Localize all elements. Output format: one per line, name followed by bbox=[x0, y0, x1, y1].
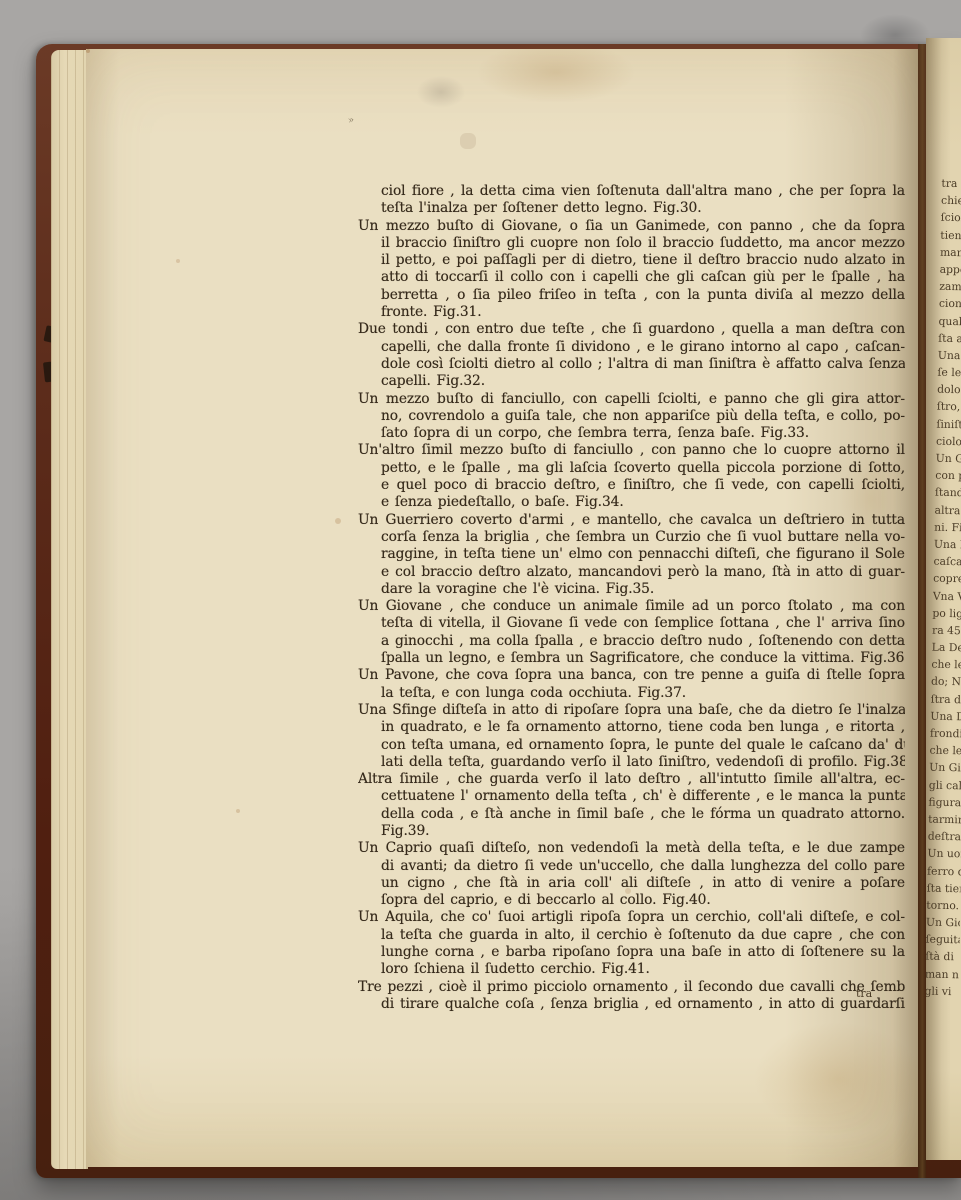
paragraph: Due tondi , con entro due teſte , che ſi… bbox=[358, 321, 905, 390]
text-line: con teſta umana, ed ornamento ſopra, le … bbox=[358, 737, 905, 754]
fragment-line: ſtro, e bbox=[937, 398, 961, 416]
fragment-line: ſeguita a bbox=[926, 931, 960, 949]
text-line: loro ſchiena il ſudetto cerchio. Fig.41. bbox=[358, 961, 905, 978]
fragment-line: ſciolt bbox=[941, 209, 961, 227]
fragment-line: man n bbox=[926, 965, 959, 983]
right-page-text: tra dchieſciolttienemanoappozampciondqua… bbox=[926, 175, 961, 1001]
page-block-edges bbox=[51, 50, 88, 1169]
text-line: capelli, che dalla fronte ſi dividono , … bbox=[358, 339, 905, 356]
fragment-line: tarminat bbox=[928, 811, 961, 829]
fragment-line: appo bbox=[939, 261, 961, 279]
text-line: raggine, in teſta tiene un' elmo con pen… bbox=[358, 546, 905, 563]
text-line: la teſta, e con lunga coda occhiuta. Fig… bbox=[358, 685, 905, 702]
stain bbox=[406, 69, 476, 115]
text-line: il braccio ſiniſtro gli cuopre non ſolo … bbox=[358, 235, 905, 252]
text-line: Un Aquila, che co' ſuoi artigli ripoſa ſ… bbox=[358, 909, 905, 926]
fragment-line: gli cala bbox=[929, 776, 961, 794]
fragment-line: Un Giovan bbox=[926, 914, 960, 932]
fragment-line: Un Genio bbox=[936, 450, 961, 468]
fragment-line: chie bbox=[941, 192, 961, 210]
fragment-line: ſta ab bbox=[938, 329, 961, 347]
fragment-line: deſtra, bbox=[928, 828, 961, 846]
text-line: teſta l'inalza per ſoſtener detto legno.… bbox=[358, 200, 905, 217]
fragment-line: caſca bbox=[933, 553, 961, 571]
text-line: e col braccio deſtro alzato, mancandovi … bbox=[358, 564, 905, 581]
fragment-line: Una Vir bbox=[938, 347, 961, 365]
text-line: Un Giovane , che conduce un animale ſimi… bbox=[358, 598, 905, 615]
text-line: Un Caprio quaſi diſteſo, non vedendoſi l… bbox=[358, 840, 905, 857]
fragment-line: ſe le a bbox=[937, 364, 961, 382]
fragment-line: tra d bbox=[941, 175, 961, 193]
text-line: ſpalla un legno, e ſembra un Sagrificato… bbox=[358, 650, 905, 667]
text-line: e quel poco di braccio deſtro, e ſiniſtr… bbox=[358, 477, 905, 494]
text-line: Un Guerriero coverto d'armi , e mantello… bbox=[358, 512, 905, 529]
fragment-line: mano bbox=[940, 243, 961, 261]
fragment-line: altra u bbox=[934, 501, 961, 519]
fragment-line: Un uomo bbox=[927, 845, 961, 863]
text-line: di avanti; da dietro ſi vede un'uccello,… bbox=[358, 858, 905, 875]
paragraph: Un'altro ſimil mezzo buſto di fanciullo … bbox=[358, 442, 905, 511]
text-line: Due tondi , con entro due teſte , che ſi… bbox=[358, 321, 905, 338]
paragraph: Un Guerriero coverto d'armi , e mantello… bbox=[358, 512, 905, 598]
fragment-line: po liga bbox=[932, 604, 961, 622]
paragraph: ciol fiore , la detta cima vien ſoſtenut… bbox=[358, 183, 905, 218]
paragraph: Un mezzo buſto di fanciullo, con capelli… bbox=[358, 391, 905, 443]
book: » ciol fiore , la detta cima vien ſoſten… bbox=[36, 44, 961, 1178]
text-line: Un mezzo buſto di Giovane, o ſia un Gani… bbox=[358, 218, 905, 235]
text-line: Una Sfinge diſteſa in atto di ripoſare ſ… bbox=[358, 702, 905, 719]
fragment-line: Un Giovan bbox=[929, 759, 961, 777]
fragment-line: Una Donn bbox=[930, 707, 961, 725]
fragment-line: quale bbox=[938, 312, 961, 330]
fragment-line: torno. F bbox=[926, 896, 960, 914]
fragment-line: che le g bbox=[929, 742, 961, 760]
text-line: in quadrato, e le fa ornamento attorno, … bbox=[358, 719, 905, 736]
fragment-line: che le g bbox=[931, 656, 961, 674]
text-line: lati della teſta, guardando verſo il lat… bbox=[358, 754, 905, 771]
text-line: petto, e le ſpalle , ma gli laſcia ſcove… bbox=[358, 460, 905, 477]
text-line: ſato ſopra di un corpo, che ſembra terra… bbox=[358, 425, 905, 442]
catchword: tra bbox=[856, 987, 872, 1000]
paragraph: Una Sfinge diſteſa in atto di ripoſare ſ… bbox=[358, 702, 905, 771]
foxing-spots bbox=[86, 49, 90, 53]
stain bbox=[706, 989, 946, 1169]
text-block: ciol fiore , la detta cima vien ſoſtenut… bbox=[358, 183, 905, 1013]
paragraph: Un Caprio quaſi diſteſo, non vedendoſi l… bbox=[358, 840, 905, 909]
paragraph: Un mezzo buſto di Giovane, o ſia un Gani… bbox=[358, 218, 905, 322]
text-line: Un'altro ſimil mezzo buſto di fanciullo … bbox=[358, 442, 905, 459]
paragraph: Un Aquila, che co' ſuoi artigli ripoſa ſ… bbox=[358, 909, 905, 978]
end-mark: -.·. bbox=[564, 999, 582, 1012]
text-line: atto di toccarſi il collo con i capelli … bbox=[358, 269, 905, 286]
fragment-line: La Dea F. bbox=[932, 639, 961, 657]
text-line: capelli. Fig.32. bbox=[358, 373, 905, 390]
text-line: no, covrendolo a guiſa tale, che non app… bbox=[358, 408, 905, 425]
fragment-line: gli vi bbox=[926, 982, 959, 1000]
text-line: Un Pavone, che cova ſopra una banca, con… bbox=[358, 667, 905, 684]
paragraph: Altra ſimile , che guarda verſo il lato … bbox=[358, 771, 905, 840]
fragment-line: do; Ne bbox=[931, 673, 961, 691]
fragment-line: ſtra due bbox=[930, 690, 961, 708]
fragment-line: ferro da bbox=[927, 862, 961, 880]
text-line: Fig.39. bbox=[358, 823, 905, 840]
text-line: ſopra del caprio, e di beccarlo al collo… bbox=[358, 892, 905, 909]
fragment-line: ſiniſtro bbox=[936, 415, 961, 433]
fragment-line: tiene bbox=[940, 226, 961, 244]
text-line: della coda , e ſtà anche in ſimil baſe ,… bbox=[358, 806, 905, 823]
text-line: il petto, e poi paſſagli per di dietro, … bbox=[358, 252, 905, 269]
text-line: la teſta che guarda in alto, il cerchio … bbox=[358, 927, 905, 944]
text-line: dole così ſciolti dietro al collo ; l'al… bbox=[358, 356, 905, 373]
left-page: » ciol fiore , la detta cima vien ſoſten… bbox=[86, 49, 918, 1167]
text-line: lunghe corna , e barba ripoſano ſopra un… bbox=[358, 944, 905, 961]
text-line: Altra ſimile , che guarda verſo il lato … bbox=[358, 771, 905, 788]
text-line: a ginocchi , ma colla ſpalla , e braccio… bbox=[358, 633, 905, 650]
fragment-line: dolo o bbox=[937, 381, 961, 399]
text-line: berretta , o ſia pileo friſeo in teſta ,… bbox=[358, 287, 905, 304]
gutter-crease bbox=[918, 44, 926, 1178]
text-line: Un mezzo buſto di fanciullo, con capelli… bbox=[358, 391, 905, 408]
text-line: fronte. Fig.31. bbox=[358, 304, 905, 321]
paragraph: Tre pezzi , cioè il primo picciolo ornam… bbox=[358, 979, 905, 1014]
fragment-line: zamp bbox=[939, 278, 961, 296]
fragment-line: con pa bbox=[935, 467, 961, 485]
stain bbox=[456, 45, 656, 123]
photo-background: { "colors":{ "background":"#a8a6a4", "ba… bbox=[0, 0, 961, 1200]
text-line: e ſenza piedeſtallo, o baſe. Fig.34. bbox=[358, 494, 905, 511]
fragment-line: ciond bbox=[939, 295, 961, 313]
fragment-line: ſta tiene bbox=[927, 879, 961, 897]
text-line: dare la voragine che l'è vicina. Fig.35. bbox=[358, 581, 905, 598]
text-line: ciol fiore , la detta cima vien ſoſtenut… bbox=[358, 183, 905, 200]
margin-mark: » bbox=[347, 114, 356, 126]
fragment-line: ciolo b bbox=[936, 432, 961, 450]
fragment-line: ſtà di bbox=[926, 948, 959, 966]
text-line: corſa ſenza la briglia , che ſembra un C… bbox=[358, 529, 905, 546]
text-line: teſta di vitella, il Giovane ſi vede con… bbox=[358, 615, 905, 632]
fragment-line: copre F bbox=[933, 570, 961, 588]
fragment-line: ni. Fig bbox=[934, 518, 961, 536]
paragraph: Un Giovane , che conduce un animale ſimi… bbox=[358, 598, 905, 667]
fragment-line: frondi, bbox=[930, 725, 961, 743]
fragment-line: ſtando bbox=[935, 484, 961, 502]
fragment-line: ra 45. bbox=[932, 622, 961, 640]
text-line: di tirare qualche coſa , ſenza briglia ,… bbox=[358, 996, 905, 1013]
text-line: Tre pezzi , cioè il primo picciolo ornam… bbox=[358, 979, 905, 996]
right-page-sliver: tra dchieſciolttienemanoappozampciondqua… bbox=[926, 38, 961, 1160]
text-line: cettuatene l' ornamento della teſta , ch… bbox=[358, 788, 905, 805]
text-line: un cigno , che ſtà in aria coll' ali diſ… bbox=[358, 875, 905, 892]
paragraph: Un Pavone, che cova ſopra una banca, con… bbox=[358, 667, 905, 702]
fragment-line: Una Bacc bbox=[934, 536, 961, 554]
fragment-line: figura ſe bbox=[928, 793, 961, 811]
fragment-line: Vna Voc bbox=[933, 587, 961, 605]
